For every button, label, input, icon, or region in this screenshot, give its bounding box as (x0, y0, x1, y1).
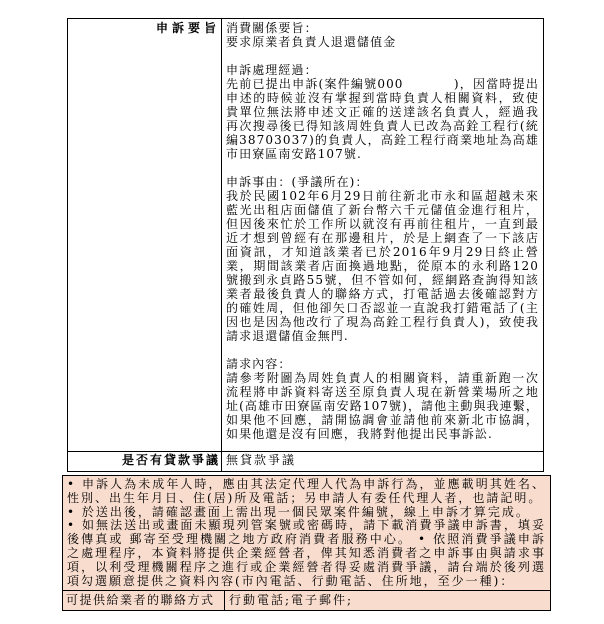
contact-method-row: 可提供給業者的聯絡方式 行動電話;電子郵件; (63, 590, 550, 610)
loan-dispute-value: 無貸款爭議 (222, 452, 543, 471)
notice-section: • 申訴人為未成年人時，應由其法定代理人代為申訴行為，並應載明其姓名、性別、出生… (62, 475, 551, 611)
complaint-table: 申訴要旨 消費關係要旨： 要求原業者負責人退還儲值金 申訴處理經過： 先前已提出… (67, 18, 544, 472)
notice-bullets: • 申訴人為未成年人時，應由其法定代理人代為申訴行為，並應載明其姓名、性別、出生… (63, 476, 550, 590)
complaint-summary-label: 申訴要旨 (68, 19, 222, 451)
contact-method-label: 可提供給業者的聯絡方式 (63, 591, 225, 610)
complaint-document-page: 申訴要旨 消費關係要旨： 要求原業者負責人退還儲值金 申訴處理經過： 先前已提出… (0, 0, 604, 624)
complaint-summary-content: 消費關係要旨： 要求原業者負責人退還儲值金 申訴處理經過： 先前已提出申訴(案件… (222, 19, 543, 451)
contact-method-value: 行動電話;電子郵件; (225, 591, 550, 610)
loan-dispute-label: 是否有貸款爭議 (68, 452, 222, 471)
loan-dispute-row: 是否有貸款爭議 無貸款爭議 (68, 451, 543, 471)
complaint-summary-row: 申訴要旨 消費關係要旨： 要求原業者負責人退還儲值金 申訴處理經過： 先前已提出… (68, 19, 543, 451)
